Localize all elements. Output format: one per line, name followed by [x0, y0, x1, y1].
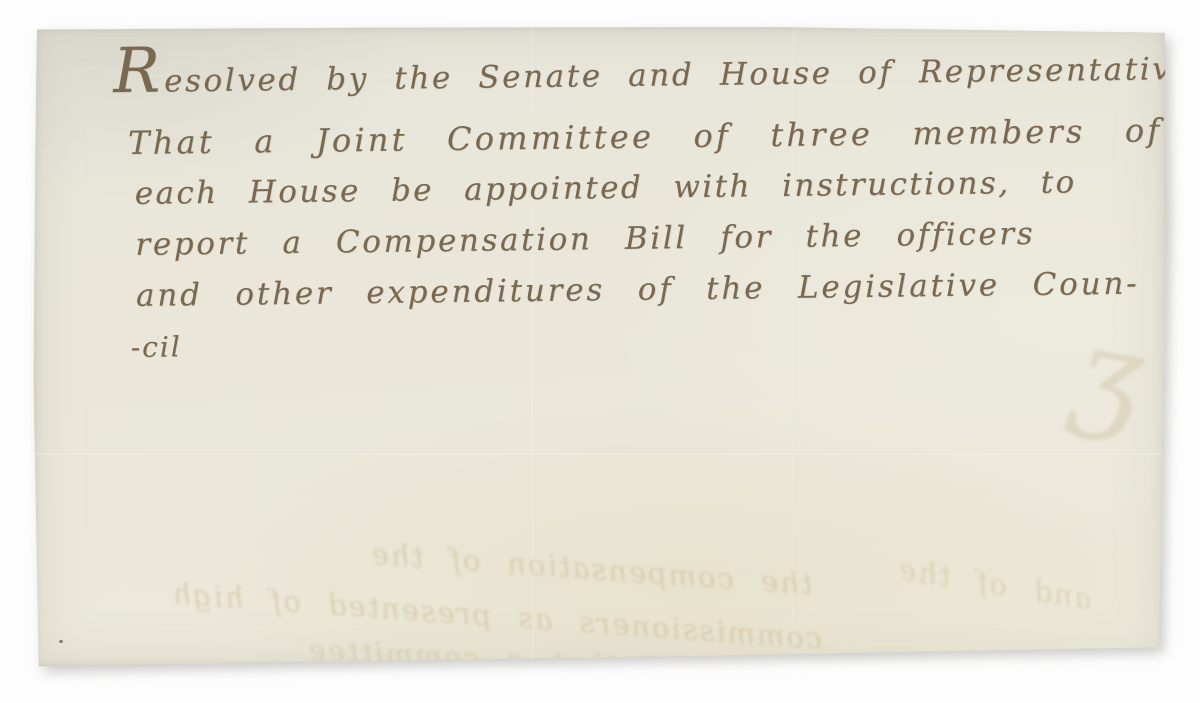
- ink-speck: [59, 640, 63, 643]
- manuscript-line: Resolved by the Senate and House of Repr…: [113, 45, 1124, 108]
- bleedthrough-fragment: the compensation of the: [369, 537, 814, 602]
- bleedthrough-fragment: and of the: [895, 552, 1095, 616]
- scanned-document-photo: Resolved by the Senate and House of Repr…: [0, 0, 1200, 703]
- ink-bleedthrough: the compensation of the commissioners as…: [113, 507, 1113, 687]
- bleedthrough-fragment: resolved that a committee: [306, 633, 784, 692]
- bleedthrough-fragment: commissioners as presented of high: [169, 576, 823, 655]
- manuscript-paper-wrap: Resolved by the Senate and House of Repr…: [33, 27, 1167, 667]
- horizontal-fold-line: [33, 452, 1167, 456]
- manuscript-paper: Resolved by the Senate and House of Repr…: [33, 27, 1167, 667]
- manuscript-text-block: Resolved by the Senate and House of Repr…: [103, 45, 1127, 373]
